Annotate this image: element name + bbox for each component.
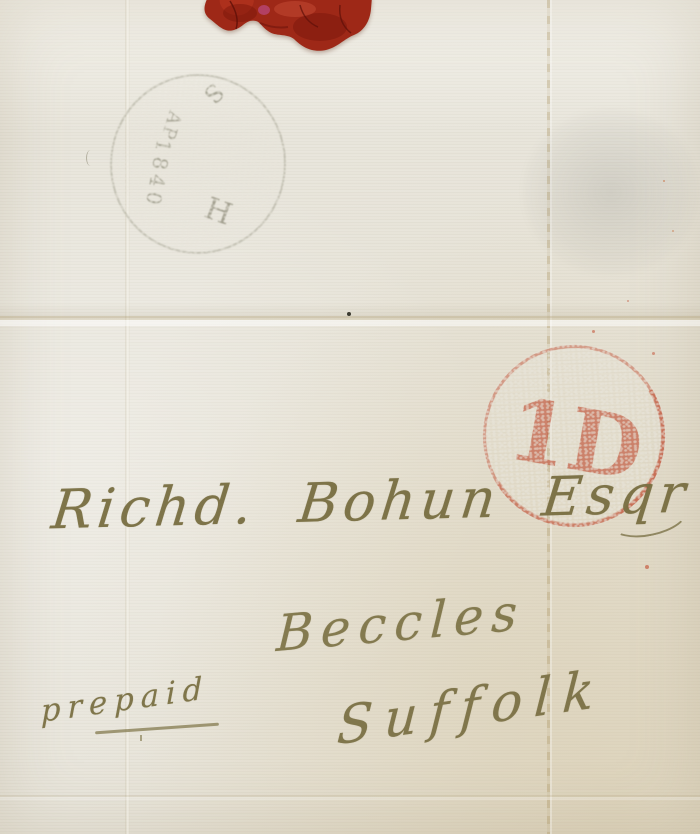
letter-cover-photo: S AP 1840 H 1D Richd. Bohun Esqr Beccles… (0, 0, 700, 834)
address-line-county: Suffolk (335, 659, 608, 758)
red-ink-speck (592, 330, 595, 333)
wax-seal-icon (200, 0, 375, 61)
red-ink-speck (627, 300, 629, 302)
fold-line-horizontal (0, 316, 700, 326)
red-ink-speck (652, 352, 655, 355)
red-ink-speck (672, 230, 674, 232)
red-ink-speck (663, 180, 665, 182)
faint-ink-mark (86, 150, 95, 166)
dark-speck (347, 312, 351, 316)
grey-smudge (522, 108, 700, 276)
prepaid-underline (95, 723, 219, 735)
red-ink-speck (645, 565, 649, 569)
address-line-recipient: Richd. Bohun Esqr (49, 462, 694, 542)
black-datestamp-postmark: S AP 1840 H (101, 65, 295, 262)
prepaid-underline-tick (140, 735, 142, 741)
address-line-town: Beccles (275, 583, 527, 663)
fold-line-horizontal-bottom (0, 795, 700, 800)
